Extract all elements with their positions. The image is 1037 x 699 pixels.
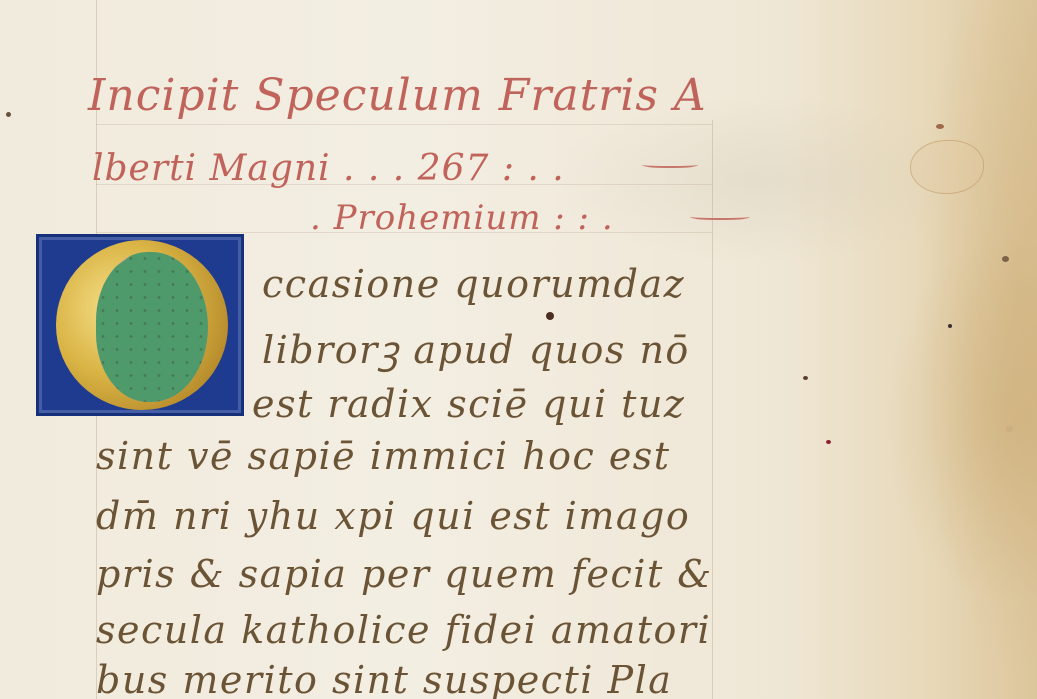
rubric-flourish: [690, 212, 750, 220]
ink-speck: [1002, 256, 1009, 262]
text-line: sint vē sapiē immici hoc est: [96, 434, 671, 478]
text-line: secula katholice fidei amatori: [96, 608, 711, 652]
text-line: bus merito sint suspecti Pla: [96, 658, 672, 699]
text-line: pris & sapia per quem fecit &: [96, 552, 713, 596]
ink-speck: [6, 112, 11, 117]
rubric-heading-line-2: lberti Magni . . . 267 : . .: [92, 148, 565, 189]
illuminated-initial: O: [36, 234, 244, 416]
ink-speck: [826, 440, 831, 444]
stain: [936, 124, 944, 129]
ink-speck: [546, 312, 554, 320]
rubric-heading-prohemium: . Prohemium : : .: [310, 198, 614, 238]
text-line: ccasione quorumdaz: [262, 262, 685, 306]
rubric-heading-line-1: Incipit Speculum Fratris A: [88, 70, 707, 121]
text-line: est radix sciē qui tuz: [252, 382, 685, 426]
manuscript-page: Incipit Speculum Fratris A lberti Magni …: [0, 0, 1037, 699]
ruling-line: [96, 124, 712, 125]
ink-speck: [948, 324, 952, 328]
rubric-flourish: [642, 160, 698, 168]
initial-interior: [96, 252, 208, 402]
text-line: librorꝫ apud quos nō: [262, 323, 690, 375]
text-line: dm̄ nri yhu xpi qui est imago: [96, 494, 690, 538]
water-stain: [910, 140, 984, 194]
white-dot-pattern: [96, 252, 208, 402]
ink-speck: [1006, 426, 1013, 432]
right-margin-ruling: [712, 120, 713, 699]
ink-speck: [803, 376, 808, 380]
